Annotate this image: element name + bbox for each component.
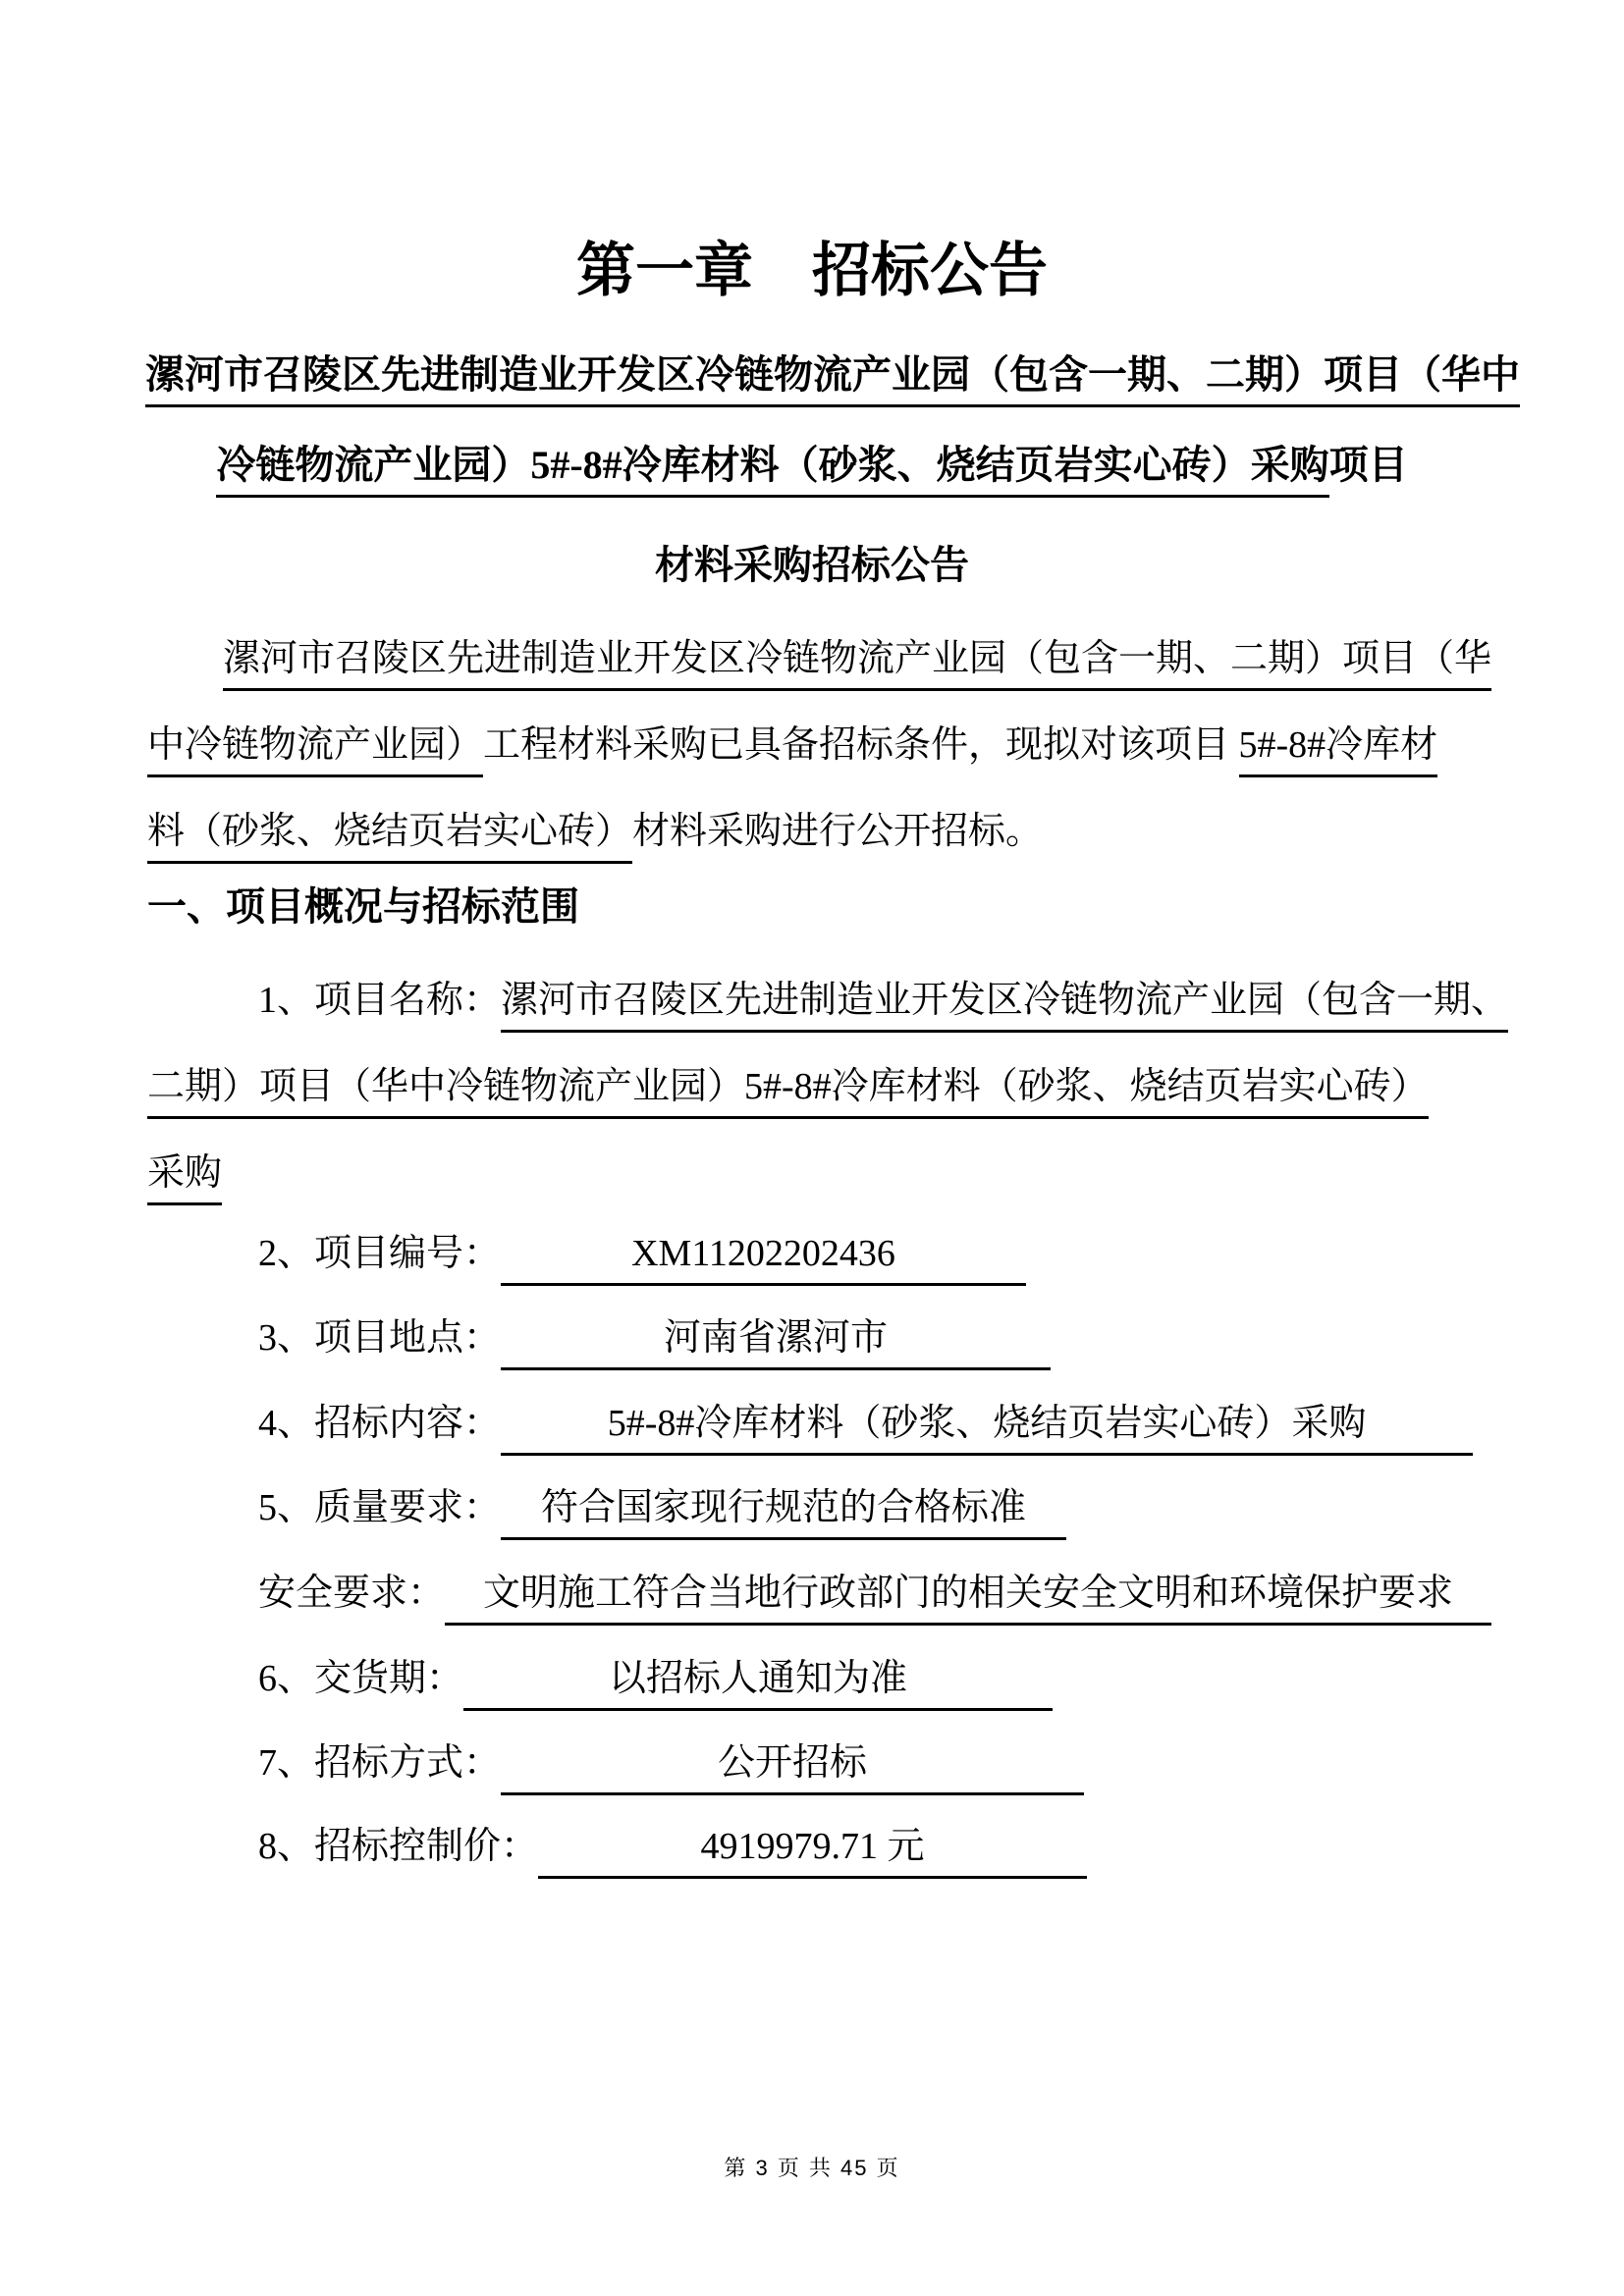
doc-heading-line3: 材料采购招标公告 <box>0 540 1624 591</box>
field-control-price: 8、招标控制价：4919979.71 元 <box>258 1821 1087 1879</box>
field-tender-method-label: 7、招标方式： <box>258 1742 501 1784</box>
field-safety-requirement-label: 安全要求： <box>258 1573 445 1614</box>
intro-line2: 中冷链物流产业园）工程材料采购已具备招标条件，现拟对该项目 5#-8#冷库材 <box>147 720 1437 777</box>
field-delivery-date: 6、交货期：以招标人通知为准 <box>258 1653 1053 1711</box>
field-project-name-value-2: 二期）项目（华中冷链物流产业园）5#-8#冷库材料（砂浆、烧结页岩实心砖） <box>147 1061 1429 1119</box>
field-tender-method-blank: 公开招标 <box>501 1737 1084 1795</box>
doc-heading-line3-text: 材料采购招标公告 <box>655 543 969 587</box>
field-safety-requirement: 安全要求：文明施工符合当地行政部门的相关安全文明和环境保护要求 <box>258 1568 1491 1626</box>
field-quality-requirement-value: 符合国家现行规范的合格标准 <box>541 1487 1026 1528</box>
field-tender-content-label: 4、招标内容： <box>258 1403 501 1444</box>
field-delivery-date-blank: 以招标人通知为准 <box>463 1653 1053 1711</box>
intro-line2-underlined-1: 中冷链物流产业园） <box>147 720 483 777</box>
intro-line2-underlined-2: 5#-8#冷库材 <box>1239 720 1438 777</box>
field-delivery-date-label: 6、交货期： <box>258 1658 463 1699</box>
intro-line1: 漯河市召陵区先进制造业开发区冷链物流产业园（包含一期、二期）项目（华 <box>223 633 1491 691</box>
intro-line2-plain: 工程材料采购已具备招标条件，现拟对该项目 <box>483 724 1239 766</box>
field-quality-requirement-label: 5、质量要求： <box>258 1487 501 1528</box>
field-safety-requirement-blank: 文明施工符合当地行政部门的相关安全文明和环境保护要求 <box>445 1568 1491 1626</box>
field-project-name-line3: 采购 <box>147 1148 222 1205</box>
field-tender-content-value: 5#-8#冷库材料（砂浆、烧结页岩实心砖）采购 <box>608 1403 1367 1444</box>
doc-heading-line2-tail: 项目 <box>1329 443 1408 487</box>
field-safety-requirement-value: 文明施工符合当地行政部门的相关安全文明和环境保护要求 <box>483 1573 1453 1614</box>
field-project-code-value: XM11202202436 <box>631 1233 895 1274</box>
intro-line3: 料（砂浆、烧结页岩实心砖）材料采购进行公开招标。 <box>147 806 1043 864</box>
field-quality-requirement-blank: 符合国家现行规范的合格标准 <box>501 1482 1066 1540</box>
field-control-price-blank: 4919979.71 元 <box>538 1821 1087 1879</box>
doc-heading-line2: 冷链物流产业园）5#-8#冷库材料（砂浆、烧结页岩实心砖）采购项目 <box>0 440 1624 498</box>
field-project-location-value: 河南省漯河市 <box>664 1317 888 1359</box>
field-quality-requirement: 5、质量要求：符合国家现行规范的合格标准 <box>258 1482 1066 1540</box>
field-project-name-line1: 1、项目名称：漯河市召陵区先进制造业开发区冷链物流产业园（包含一期、 <box>258 975 1508 1033</box>
field-project-name-line2: 二期）项目（华中冷链物流产业园）5#-8#冷库材料（砂浆、烧结页岩实心砖） <box>147 1061 1429 1119</box>
section-heading: 一、项目概况与招标范围 <box>147 881 579 933</box>
field-project-code: 2、项目编号：XM11202202436 <box>258 1228 1026 1286</box>
field-project-location-blank: 河南省漯河市 <box>501 1312 1051 1370</box>
field-project-name-value-1: 漯河市召陵区先进制造业开发区冷链物流产业园（包含一期、 <box>501 975 1508 1033</box>
field-tender-method-value: 公开招标 <box>718 1742 867 1784</box>
field-control-price-label: 8、招标控制价： <box>258 1826 538 1867</box>
field-project-name-value-3: 采购 <box>147 1148 222 1205</box>
page-footer: 第 3 页 共 45 页 <box>0 2152 1624 2182</box>
intro-line3-plain: 材料采购进行公开招标。 <box>632 811 1043 852</box>
field-tender-method: 7、招标方式：公开招标 <box>258 1737 1084 1795</box>
doc-heading-line2-underlined: 冷链物流产业园）5#-8#冷库材料（砂浆、烧结页岩实心砖）采购 <box>216 440 1328 498</box>
document-page: { "title": "第一章 招标公告", "heading": { "lin… <box>0 0 1624 2296</box>
field-tender-content-blank: 5#-8#冷库材料（砂浆、烧结页岩实心砖）采购 <box>501 1398 1473 1456</box>
field-tender-content: 4、招标内容：5#-8#冷库材料（砂浆、烧结页岩实心砖）采购 <box>258 1398 1473 1456</box>
intro-line3-underlined: 料（砂浆、烧结页岩实心砖） <box>147 806 632 864</box>
doc-heading-line1: 漯河市召陵区先进制造业开发区冷链物流产业园（包含一期、二期）项目（华中 <box>145 349 1520 407</box>
intro-line1-text: 漯河市召陵区先进制造业开发区冷链物流产业园（包含一期、二期）项目（华 <box>223 633 1491 691</box>
chapter-title: 第一章 招标公告 <box>0 236 1624 306</box>
field-delivery-date-value: 以招标人通知为准 <box>609 1658 907 1699</box>
doc-heading-line1-text: 漯河市召陵区先进制造业开发区冷链物流产业园（包含一期、二期）项目（华中 <box>145 349 1520 407</box>
field-project-location: 3、项目地点：河南省漯河市 <box>258 1312 1051 1370</box>
field-control-price-value: 4919979.71 元 <box>701 1826 925 1867</box>
field-project-name-label: 1、项目名称： <box>258 980 501 1021</box>
field-project-location-label: 3、项目地点： <box>258 1317 501 1359</box>
field-project-code-blank: XM11202202436 <box>501 1228 1026 1286</box>
field-project-code-label: 2、项目编号： <box>258 1233 501 1274</box>
